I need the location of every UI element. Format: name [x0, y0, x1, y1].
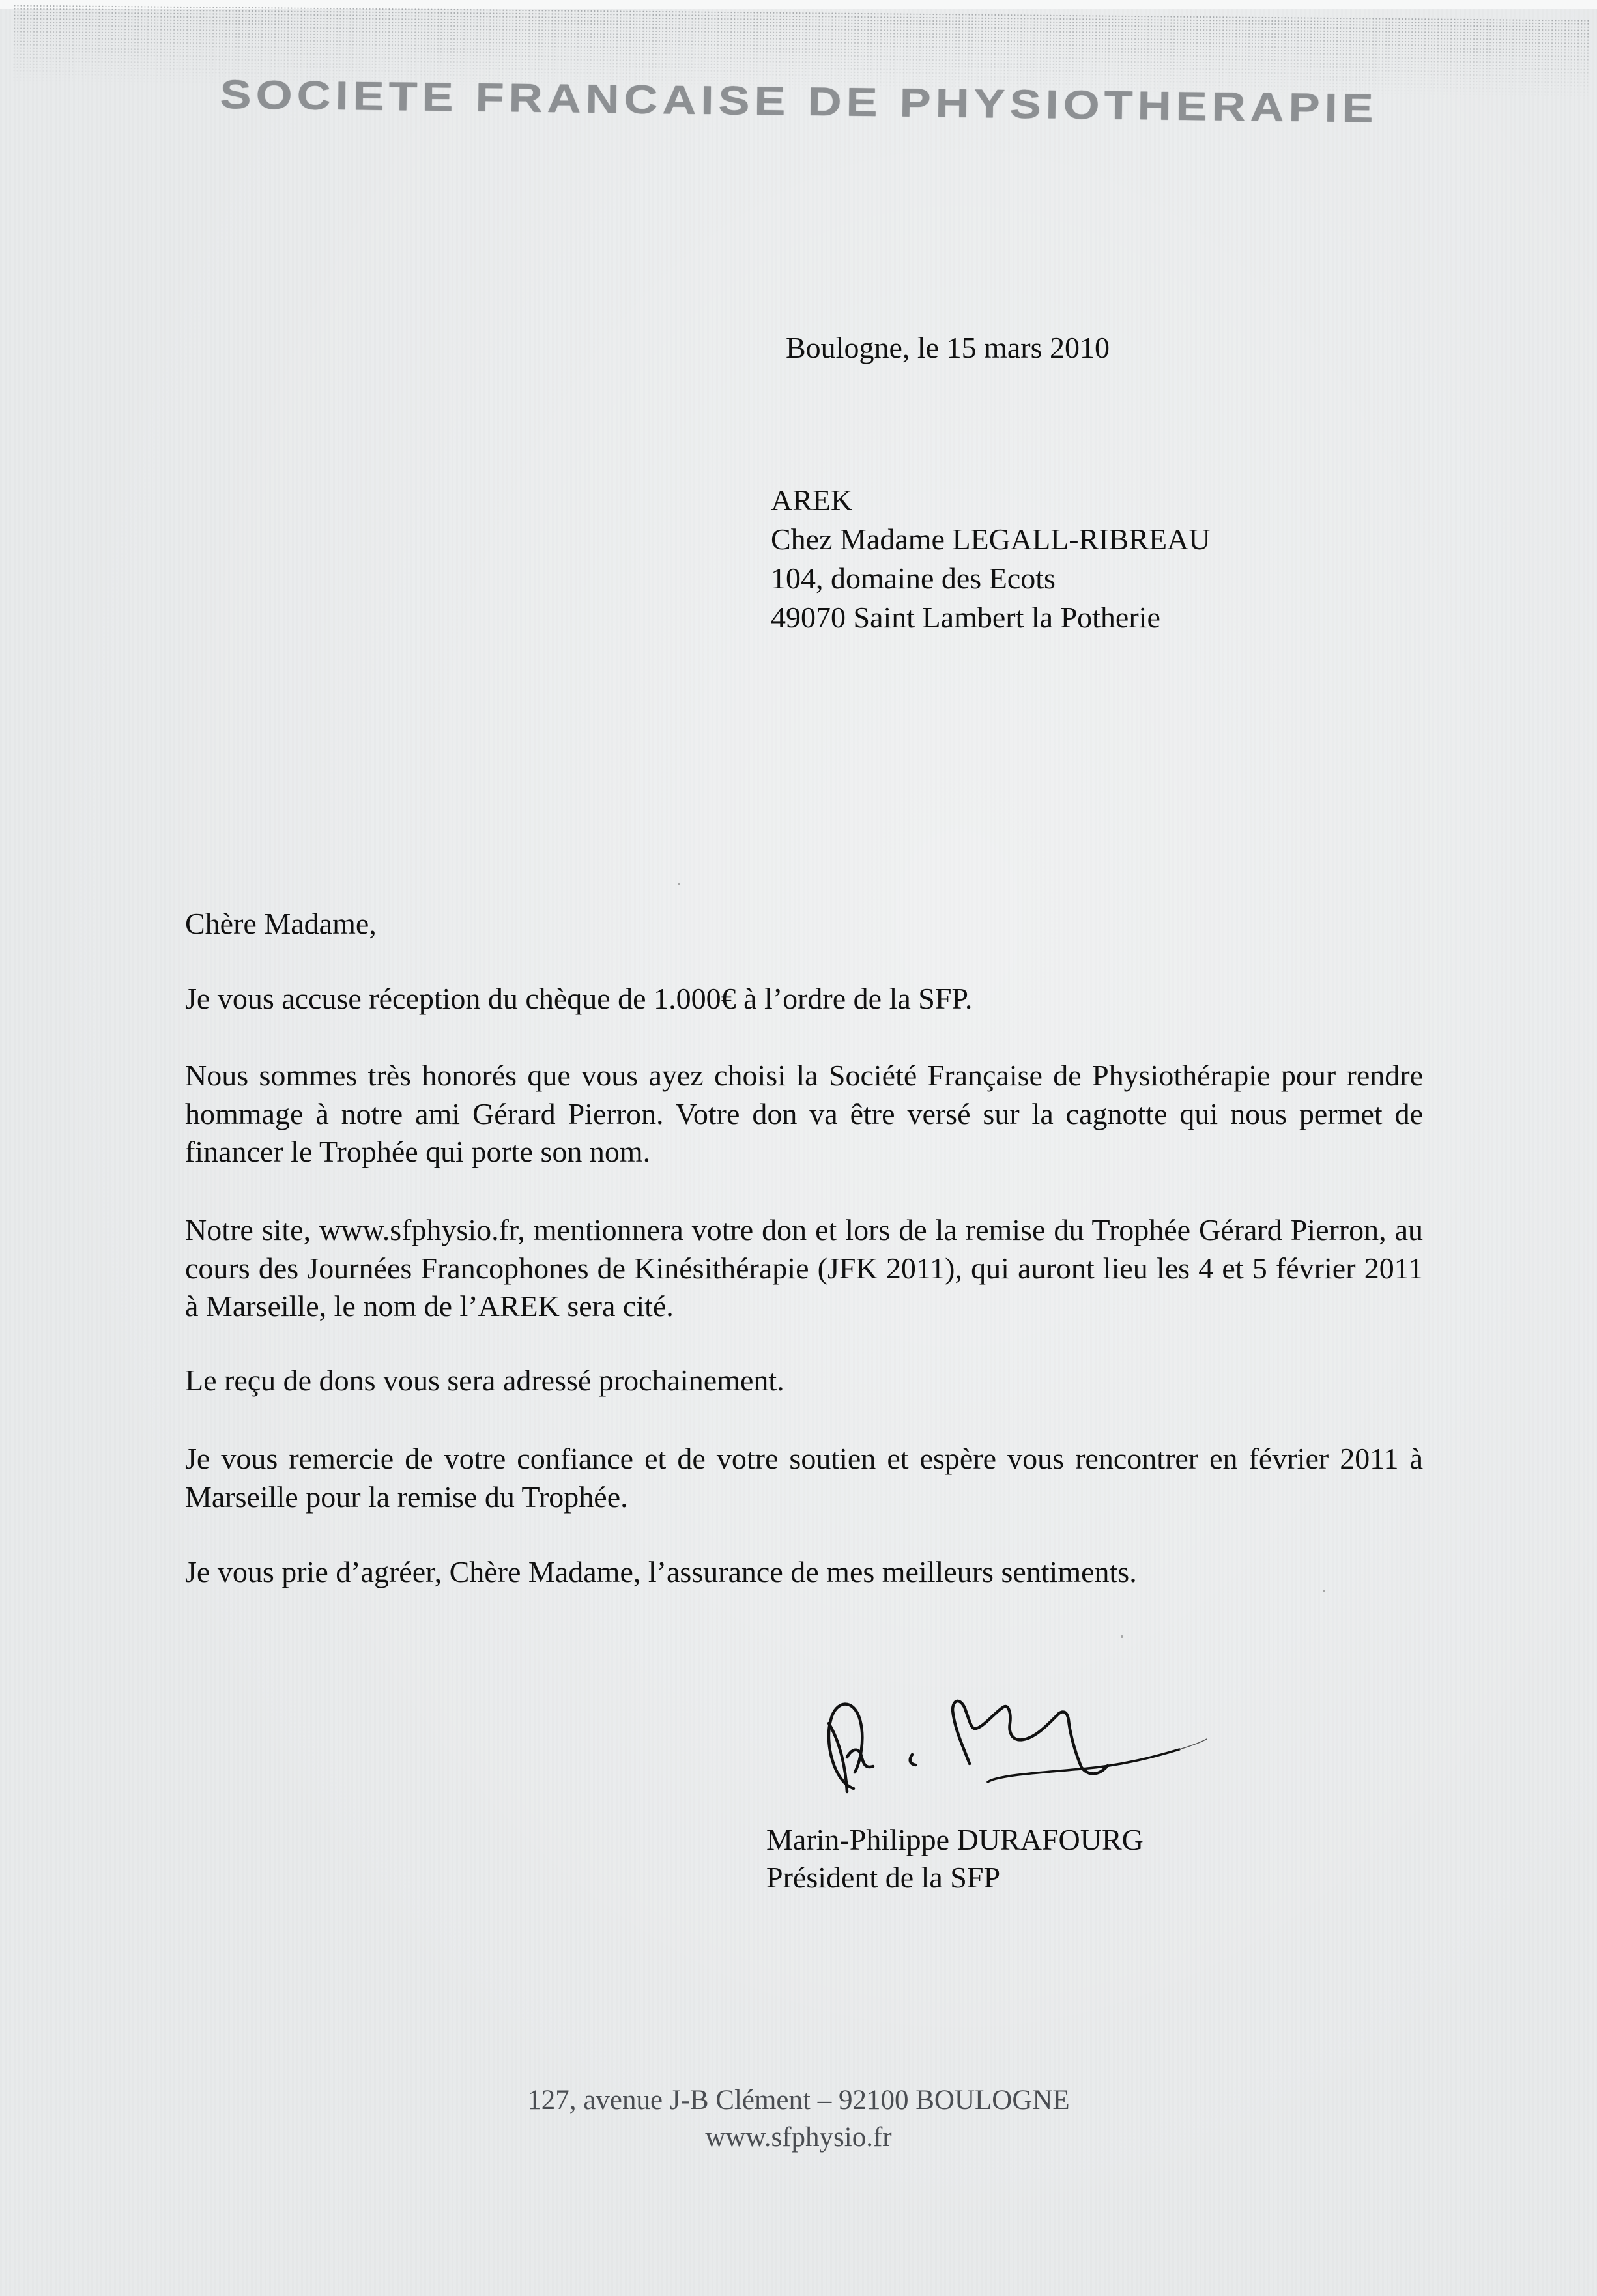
scan-speck	[1121, 1635, 1123, 1638]
paragraph-website: Notre site, www.sfphysio.fr, mentionnera…	[185, 1211, 1423, 1326]
scan-speck	[1323, 1590, 1325, 1592]
footer: 127, avenue J-B Clément – 92100 BOULOGNE…	[0, 2082, 1597, 2156]
paragraph-receipt: Je vous accuse réception du chèque de 1.…	[185, 980, 1423, 1018]
scan-speck	[678, 883, 680, 885]
salutation: Chère Madame,	[185, 905, 1423, 943]
recipient-attention: Chez Madame LEGALL-RIBREAU	[771, 520, 1211, 559]
footer-address: 127, avenue J-B Clément – 92100 BOULOGNE	[0, 2082, 1597, 2119]
signatory-title: Président de la SFP	[766, 1859, 1144, 1897]
signatory-name: Marin-Philippe DURAFOURG	[766, 1821, 1144, 1859]
paragraph-closing: Je vous prie d’agréer, Chère Madame, l’a…	[185, 1553, 1423, 1592]
date-line: Boulogne, le 15 mars 2010	[786, 329, 1110, 367]
recipient-address: AREK Chez Madame LEGALL-RIBREAU 104, dom…	[771, 481, 1211, 637]
paragraph-receipt-notice: Le reçu de dons vous sera adressé procha…	[185, 1362, 1423, 1400]
recipient-organization: AREK	[771, 481, 1211, 520]
paragraph-tribute: Nous sommes très honorés que vous ayez c…	[185, 1057, 1423, 1171]
footer-website[interactable]: www.sfphysio.fr	[0, 2119, 1597, 2156]
recipient-street: 104, domaine des Ecots	[771, 559, 1211, 598]
handwritten-signature-icon	[808, 1684, 1212, 1808]
signatory-block: Marin-Philippe DURAFOURG Président de la…	[766, 1821, 1144, 1897]
recipient-city: 49070 Saint Lambert la Potherie	[771, 598, 1211, 637]
paragraph-thanks: Je vous remercie de votre confiance et d…	[185, 1440, 1423, 1516]
